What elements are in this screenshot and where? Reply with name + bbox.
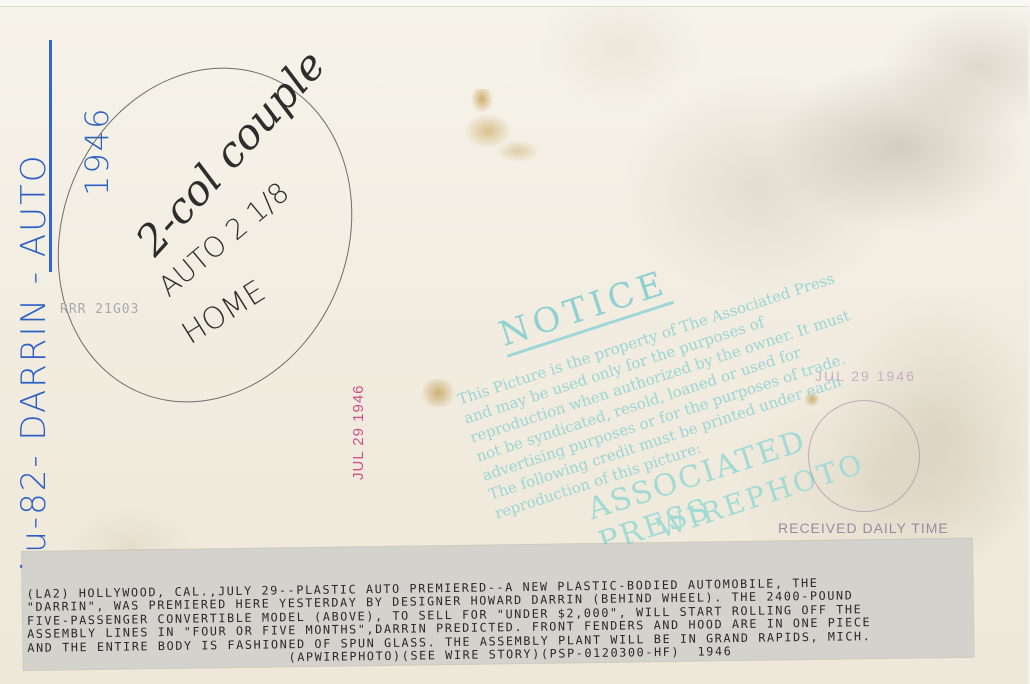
received-stamp-date: JUL 29 1946 xyxy=(815,368,916,384)
received-stamp-text: RECEIVED DAILY TIME xyxy=(778,520,949,536)
received-stamp-circle xyxy=(808,400,920,512)
handwritten-reference: Au-82- DARRIN - AUTO xyxy=(14,153,54,578)
date-stamp: JUL 29 1946 xyxy=(350,384,367,480)
stain xyxy=(458,89,548,169)
serial-stamp: RRR 21G03 xyxy=(60,302,139,317)
caption-text: (LA2) HOLLYWOOD, CAL.,JULY 29--PLASTIC A… xyxy=(27,575,972,669)
caption-strip: (LA2) HOLLYWOOD, CAL.,JULY 29--PLASTIC A… xyxy=(22,539,974,670)
